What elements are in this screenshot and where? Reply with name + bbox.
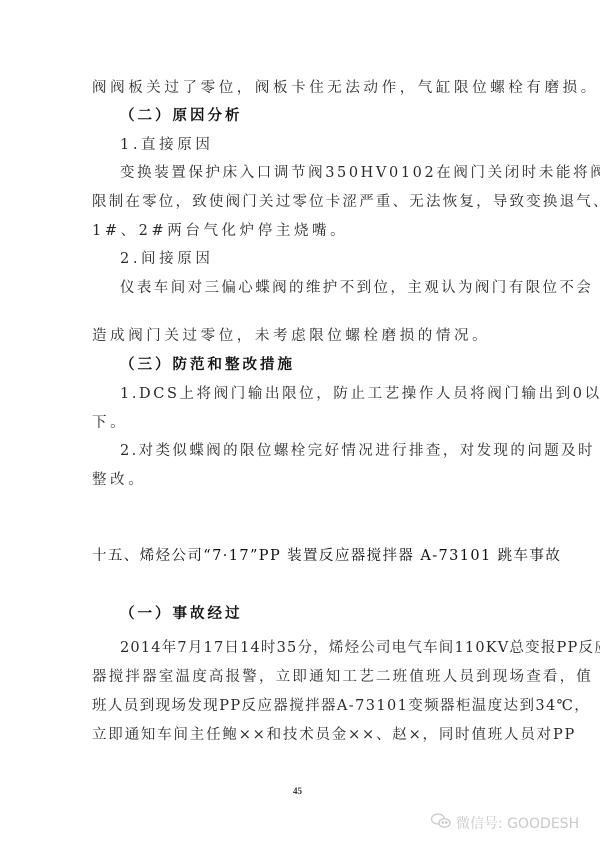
subheading-cause-analysis: （二）原因分析 — [120, 106, 540, 126]
body-line: 整改。 — [92, 470, 512, 490]
watermark: 微信号: GOODESH — [430, 812, 579, 834]
body-line: 变换装置保护床入口调节阀350HV0102在阀门关闭时未能将阀门 — [120, 163, 540, 183]
body-line: 仪表车间对三偏心蝶阀的维护不到位，主观认为阀门有限位不会 — [120, 278, 540, 298]
body-line: 限制在零位，致使阀门关过零位卡涩严重、无法恢复，导致变换退气、 — [92, 192, 512, 212]
page-number: 45 — [293, 786, 302, 796]
body-line: 阀阀板关过了零位，阀板卡住无法动作，气缸限位螺栓有磨损。 — [92, 78, 512, 98]
numbered-item-measure-2: 2.对类似蝶阀的限位螺栓完好情况进行排查，对发现的问题及时 — [120, 441, 540, 461]
body-line: 班人员到现场发现PP反应器搅拌器A-73101变频器柜温度达到34℃， — [92, 696, 512, 716]
section-title: 十五、烯烃公司“7·17”PP 装置反应器搅拌器 A-73101 跳车事故 — [92, 546, 512, 566]
watermark-text: 微信号: GOODESH — [456, 813, 579, 833]
numbered-item-direct-cause: 1.直接原因 — [120, 135, 540, 155]
body-line: 立即通知车间主任鲍××和技术员金××、赵×，同时值班人员对PP — [92, 725, 512, 745]
numbered-item-measure-1: 1.DCS上将阀门输出限位，防止工艺操作人员将阀门输出到0以 — [120, 384, 540, 404]
body-line: 造成阀门关过零位，未考虑限位螺栓磨损的情况。 — [92, 326, 512, 346]
body-line: 器搅拌器室温度高报警，立即通知工艺二班值班人员到现场查看，值 — [92, 667, 512, 687]
numbered-item-indirect-cause: 2.间接原因 — [120, 249, 540, 269]
subheading-accident-process: （一）事故经过 — [120, 604, 540, 624]
wechat-icon — [430, 812, 452, 834]
body-line: 1#、2#两台气化炉停主烧嘴。 — [92, 221, 512, 241]
body-line: 2014年7月17日14时35分，烯烃公司电气车间110KV总变报PP反应 — [120, 638, 540, 658]
subheading-prevention-measures: （三）防范和整改措施 — [120, 355, 540, 375]
body-line: 下。 — [92, 413, 512, 433]
